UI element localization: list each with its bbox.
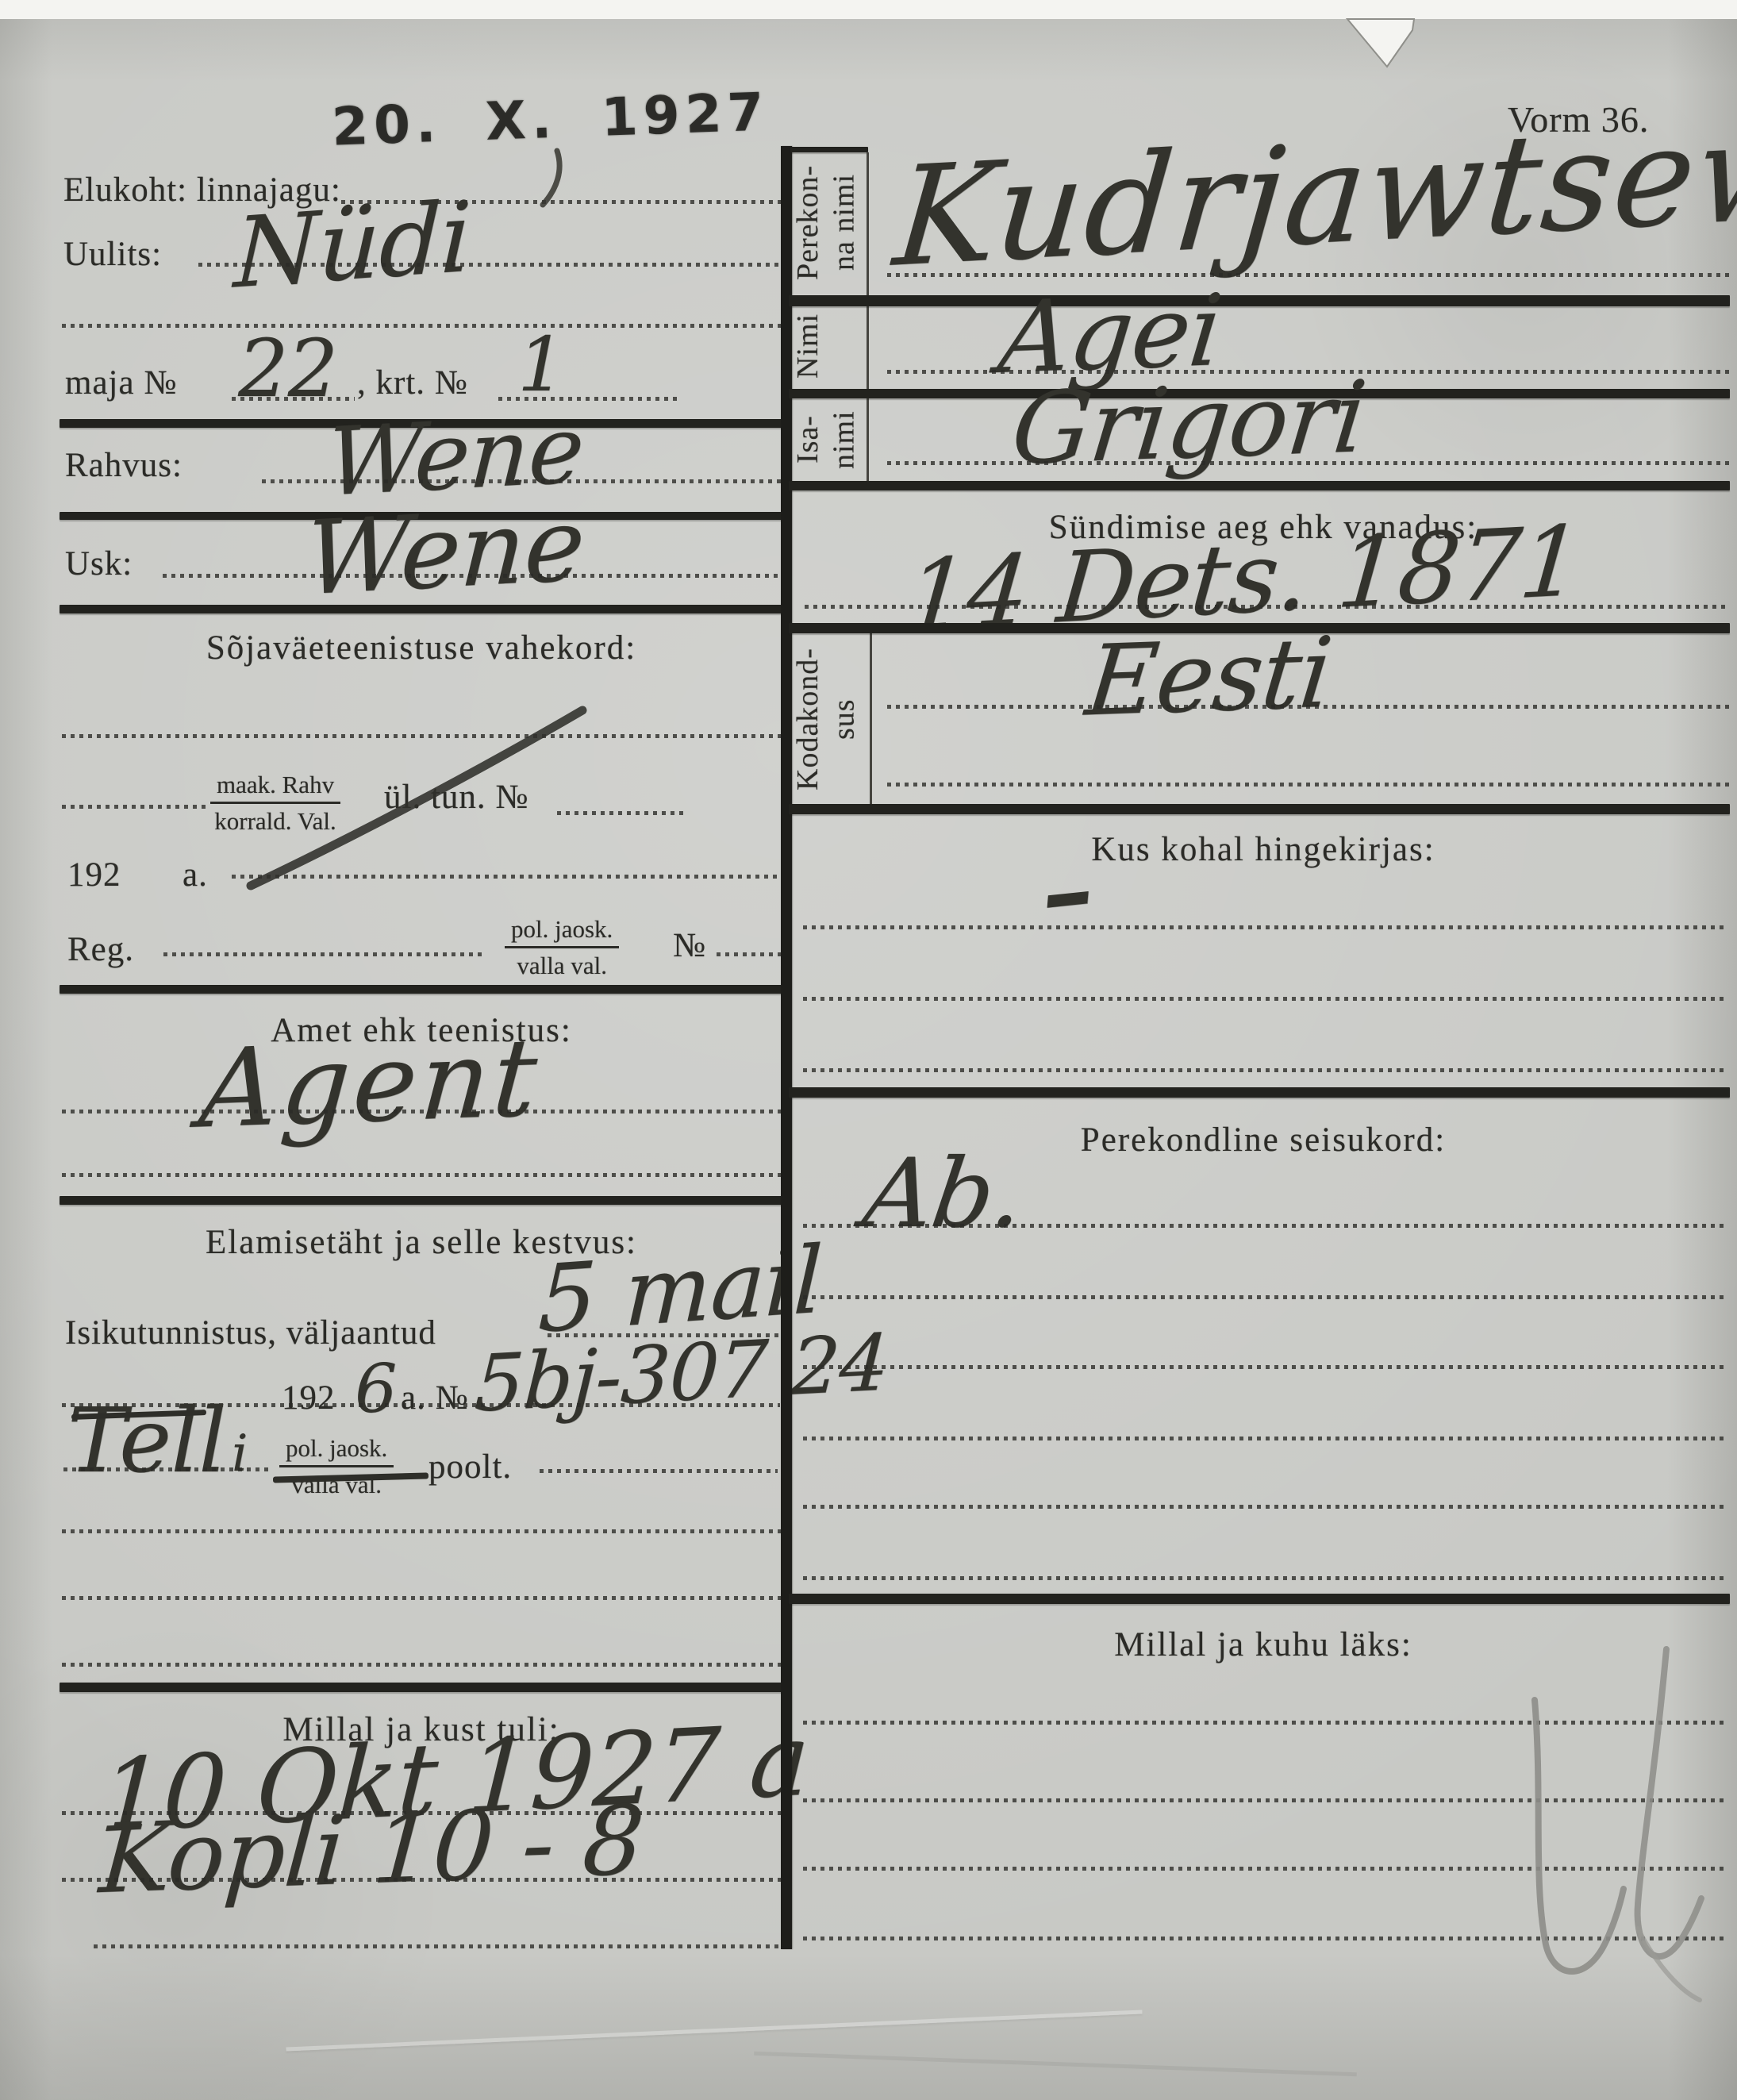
rule <box>789 1087 1730 1098</box>
dotted-line <box>887 783 1730 787</box>
vertical-label-citizenship: Kodakond- sus <box>790 633 870 805</box>
fraction-bottom: korrald. Val. <box>210 804 340 836</box>
dotted-line <box>62 1529 782 1533</box>
dotted-line <box>63 1467 268 1471</box>
section-heading-residence: Kus kohal hingekirjas: <box>791 830 1735 869</box>
dotted-line <box>803 1295 1727 1299</box>
field-label-year: 192 <box>67 856 121 894</box>
scanned-form-page: 20. X. 1927 Vorm 36. Elukoht: linnajagu:… <box>0 0 1737 2100</box>
field-label-ul-tun: ül. tun. № <box>384 778 528 817</box>
rule <box>789 804 1730 814</box>
dotted-line <box>62 805 206 809</box>
dotted-line <box>803 1437 1727 1440</box>
field-value-issued-year-digit: 6 <box>355 1356 396 1422</box>
dotted-line <box>803 925 1727 929</box>
section-heading-military: Sõjaväeteenistuse vahekord: <box>60 629 783 667</box>
field-value-citizenship: Eesti <box>1082 624 1336 729</box>
dotted-line <box>717 952 782 956</box>
dotted-line <box>887 461 1730 465</box>
rule <box>60 1683 783 1692</box>
vertical-label-line: sus <box>827 633 863 805</box>
vertical-label-line: nimi <box>827 398 863 481</box>
dotted-line <box>62 1878 782 1882</box>
field-label-no: № <box>673 926 706 965</box>
dotted-line <box>803 1576 1727 1580</box>
fraction-label-pol-jaosk2: pol. jaosk. valla val. <box>279 1433 394 1499</box>
dotted-line <box>803 1721 1727 1725</box>
dotted-line <box>62 1173 782 1177</box>
vertical-label-line: Nimi <box>790 306 827 386</box>
dotted-line <box>887 273 1730 277</box>
field-label-issued-year-suffix: a. № <box>401 1379 469 1417</box>
dotted-line <box>805 605 1727 609</box>
field-value-amet: Agent <box>196 1024 543 1144</box>
vertical-label-line: Kodakond- <box>790 633 827 805</box>
dotted-line <box>62 324 782 328</box>
fraction-bottom: valla val. <box>279 1467 394 1499</box>
dotted-line <box>540 1469 778 1473</box>
dotted-line <box>557 811 686 815</box>
field-label-uulits: Uulits: <box>63 235 162 274</box>
vertical-label-line: na nimi <box>827 152 863 292</box>
dotted-line <box>803 1068 1727 1072</box>
field-value-arrival-place: Kopli 10 - 8 <box>97 1794 646 1908</box>
dotted-line <box>803 1505 1727 1509</box>
field-value-issuer-mark: i <box>232 1429 247 1479</box>
rule <box>60 1196 783 1205</box>
dotted-line <box>803 997 1727 1001</box>
fraction-label-maak-rahv: maak. Rahv korrald. Val. <box>210 770 340 836</box>
label-separator <box>867 152 869 484</box>
rule <box>60 985 783 994</box>
dotted-line <box>198 263 782 267</box>
dotted-line <box>887 705 1730 709</box>
dotted-line <box>803 1798 1727 1802</box>
vertical-label-line: Isa- <box>790 398 827 481</box>
field-label-isikutunnistus: Isikutunnistus, väljaantud <box>65 1313 436 1352</box>
fraction-top: pol. jaosk. <box>505 914 619 948</box>
field-label-reg: Reg. <box>67 930 134 969</box>
field-value-krt: 1 <box>517 328 564 403</box>
field-label-maja: maja № <box>65 363 177 402</box>
fraction-top: pol. jaosk. <box>279 1433 394 1467</box>
dotted-line <box>163 952 482 956</box>
field-label-krt: , krt. № <box>357 363 468 402</box>
vertical-label-line: Perekon- <box>790 152 827 292</box>
dotted-line <box>62 1596 782 1600</box>
field-label-poolt: poolt. <box>428 1448 512 1487</box>
field-label-usk: Usk: <box>65 544 133 583</box>
rule <box>789 1594 1730 1604</box>
section-heading-departure: Millal ja kuhu läks: <box>791 1625 1735 1664</box>
dotted-line <box>232 397 355 401</box>
vertical-label-father: Isa- nimi <box>790 398 867 481</box>
dotted-line <box>163 574 782 578</box>
dotted-line <box>94 1944 782 1948</box>
dotted-line <box>803 1937 1727 1940</box>
field-value-certificate-number: 5bj-307 24 <box>473 1324 890 1424</box>
field-value-family: Ab. <box>859 1147 1029 1242</box>
dotted-line <box>803 1867 1727 1871</box>
dotted-line <box>803 1365 1727 1369</box>
dotted-line <box>62 1663 782 1667</box>
field-label-rahvus: Rahvus: <box>65 446 183 485</box>
field-label-year-a: a. <box>183 856 208 894</box>
dotted-line <box>62 734 782 738</box>
dotted-line <box>803 1224 1727 1228</box>
fraction-bottom: valla val. <box>505 948 619 980</box>
fraction-label-pol-jaosk: pol. jaosk. valla val. <box>505 914 619 980</box>
dotted-line <box>232 875 782 879</box>
rule <box>60 605 783 613</box>
rule <box>789 481 1730 490</box>
vertical-label-surname: Perekon- na nimi <box>790 152 867 292</box>
rule <box>789 295 1730 306</box>
field-label-issued-year: 192 <box>282 1379 336 1417</box>
label-separator <box>870 630 872 806</box>
field-value-usk: Wene <box>303 494 586 611</box>
fraction-top: maak. Rahv <box>210 770 340 804</box>
rule <box>790 147 868 152</box>
dotted-line <box>62 1110 782 1113</box>
field-value-uulits: Nüdi <box>232 188 472 302</box>
dotted-line <box>262 479 782 483</box>
vertical-label-name: Nimi <box>790 306 867 386</box>
